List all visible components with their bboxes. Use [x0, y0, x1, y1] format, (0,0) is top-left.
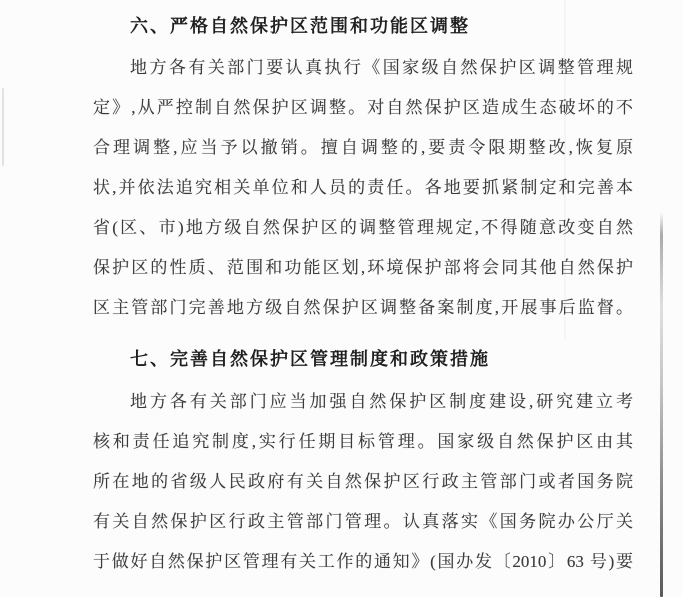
text-line: 有关自然保护区行政主管部门管理。认真落实《国务院办公厅关 — [93, 502, 633, 542]
text-line: 合理调整,应当予以撤销。擅自调整的,要责令限期整改,恢复原 — [93, 128, 633, 168]
text-line: 所在地的省级人民政府有关自然保护区行政主管部门或者国务院 — [93, 462, 633, 502]
text-line: 保护区的性质、范围和功能区划,环境保护部将会同其他自然保护 — [93, 248, 633, 288]
text-line: 定》,从严控制自然保护区调整。对自然保护区造成生态破坏的不 — [93, 88, 633, 128]
scan-artifact-left-edge — [2, 88, 4, 166]
text-line: 区主管部门完善地方级自然保护区调整备案制度,开展事后监督。 — [93, 288, 633, 328]
scan-artifact-streak — [564, 0, 566, 340]
text-line: 地方各有关部门应当加强自然保护区制度建设,研究建立考 — [93, 382, 633, 422]
text-line: 省(区、市)地方级自然保护区的调整管理规定,不得随意改变自然 — [93, 208, 633, 248]
text-line: 地方各有关部门要认真执行《国家级自然保护区调整管理规 — [93, 48, 633, 88]
section-6-heading: 六、严格自然保护区范围和功能区调整 — [130, 4, 682, 48]
scanned-document-page: 六、严格自然保护区范围和功能区调整 地方各有关部门要认真执行《国家级自然保护区调… — [0, 0, 682, 597]
text-line: 核和责任追究制度,实行任期目标管理。国家级自然保护区由其 — [93, 422, 633, 462]
scan-artifact-right-edge — [660, 212, 663, 597]
text-line: 于做好自然保护区管理有关工作的通知》(国办发〔2010〕63 号)要 — [93, 542, 633, 582]
section-7-heading: 七、完善自然保护区管理制度和政策措施 — [130, 336, 682, 382]
text-line: 状,并依法追究相关单位和人员的责任。各地要抓紧制定和完善本 — [93, 168, 633, 208]
